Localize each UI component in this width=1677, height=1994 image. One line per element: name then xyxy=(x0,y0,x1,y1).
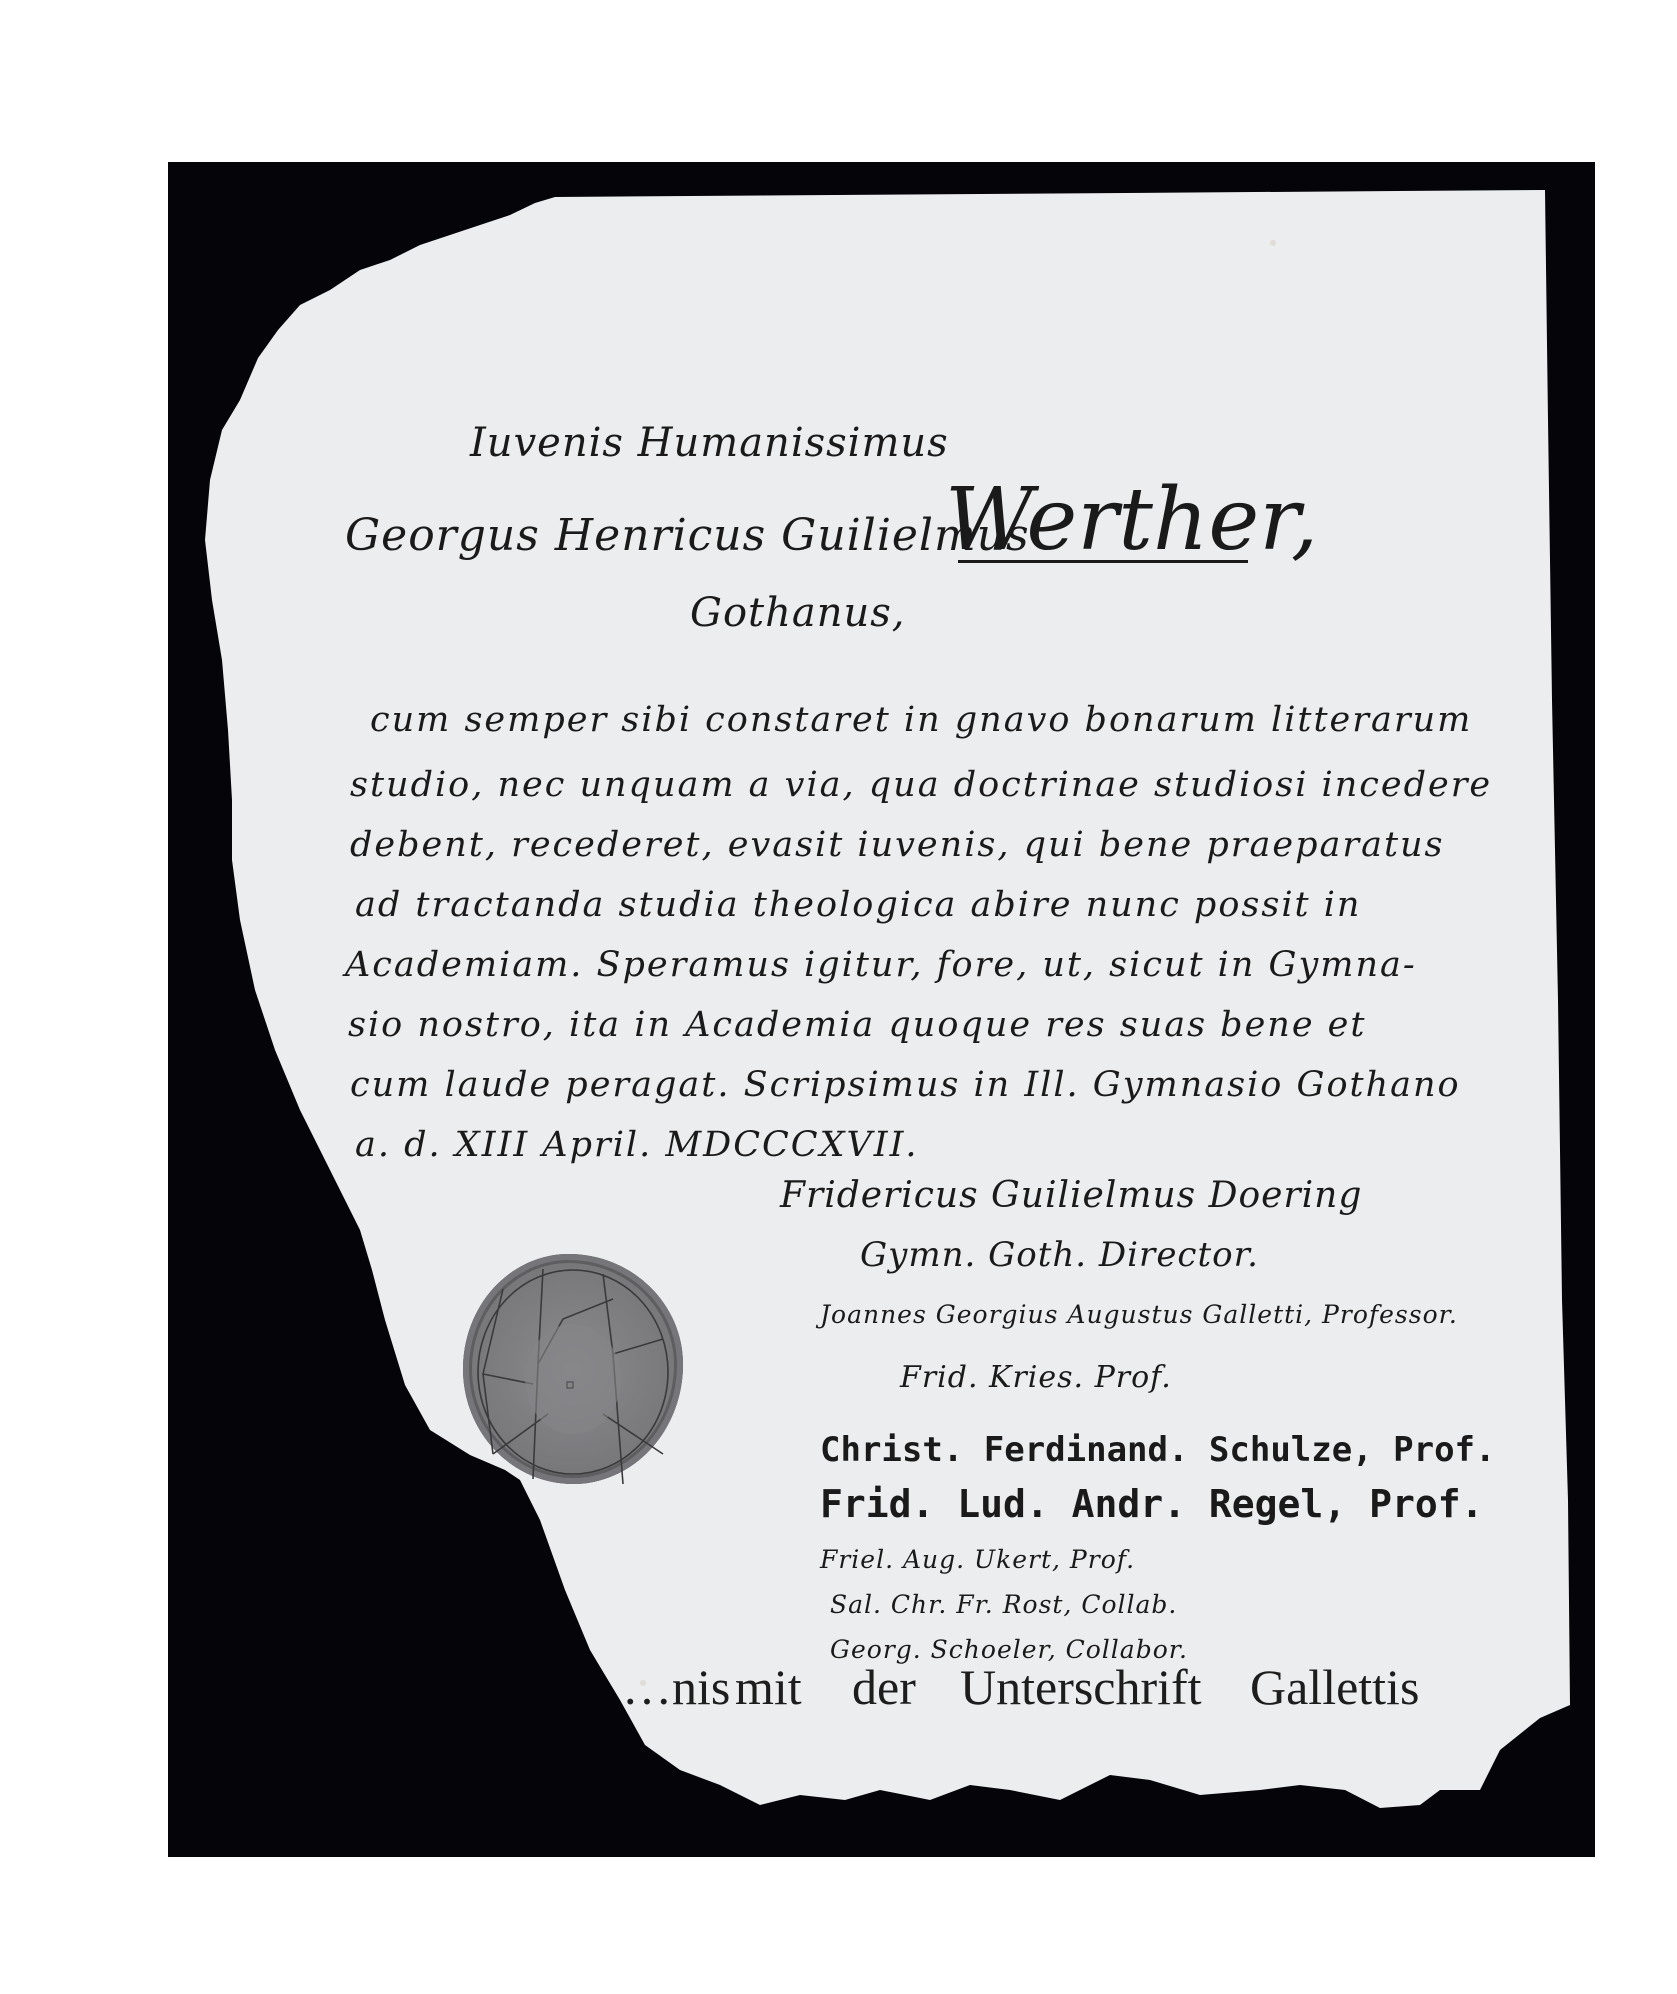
student-surname: Werther, xyxy=(945,470,1318,570)
body-line-3: debent, recederet, evasit iuvenis, qui b… xyxy=(350,825,1445,865)
caption-word-3: der xyxy=(852,1658,916,1716)
caption-word-4: Unterschrift xyxy=(960,1658,1202,1716)
body-line-2: studio, nec unquam a via, qua doctrinae … xyxy=(350,765,1492,805)
body-line-8-date: a. d. XIII April. MDCCCXVII. xyxy=(355,1125,919,1165)
caption-word-1: …nis xyxy=(622,1658,730,1716)
signature-schulze: Christ. Ferdinand. Schulze, Prof. xyxy=(820,1430,1496,1470)
wax-seal xyxy=(463,1254,683,1484)
surname-underline xyxy=(958,560,1248,563)
seal-crack-lines-icon xyxy=(463,1254,683,1484)
student-given-names: Georgus Henricus Guilielmus xyxy=(345,510,1030,561)
body-line-6: sio nostro, ita in Academia quoque res s… xyxy=(348,1005,1366,1045)
caption-word-5: Gallettis xyxy=(1250,1658,1419,1716)
student-origin: Gothanus, xyxy=(690,590,905,636)
body-line-1: cum semper sibi constaret in gnavo bonar… xyxy=(370,700,1472,740)
signature-galletti: Joannes Georgius Augustus Galletti, Prof… xyxy=(820,1300,1458,1329)
signature-rost: Sal. Chr. Fr. Rost, Collab. xyxy=(830,1590,1177,1619)
paper-stain xyxy=(640,1680,646,1686)
paper-stain xyxy=(1270,240,1276,246)
heading-line-1: Iuvenis Humanissimus xyxy=(470,420,949,466)
body-line-5: Academiam. Speramus igitur, fore, ut, si… xyxy=(345,945,1417,985)
body-line-7: cum laude peragat. Scripsimus in Ill. Gy… xyxy=(350,1065,1461,1105)
signature-doering: Fridericus Guilielmus Doering xyxy=(780,1175,1362,1216)
signature-regel: Frid. Lud. Andr. Regel, Prof. xyxy=(820,1482,1483,1526)
signature-director-title: Gymn. Goth. Director. xyxy=(860,1235,1259,1275)
body-line-4: ad tractanda studia theologica abire nun… xyxy=(355,885,1361,925)
caption-word-2: mit xyxy=(735,1658,802,1716)
signature-kries: Frid. Kries. Prof. xyxy=(900,1360,1172,1395)
signature-ukert: Friel. Aug. Ukert, Prof. xyxy=(820,1545,1135,1574)
